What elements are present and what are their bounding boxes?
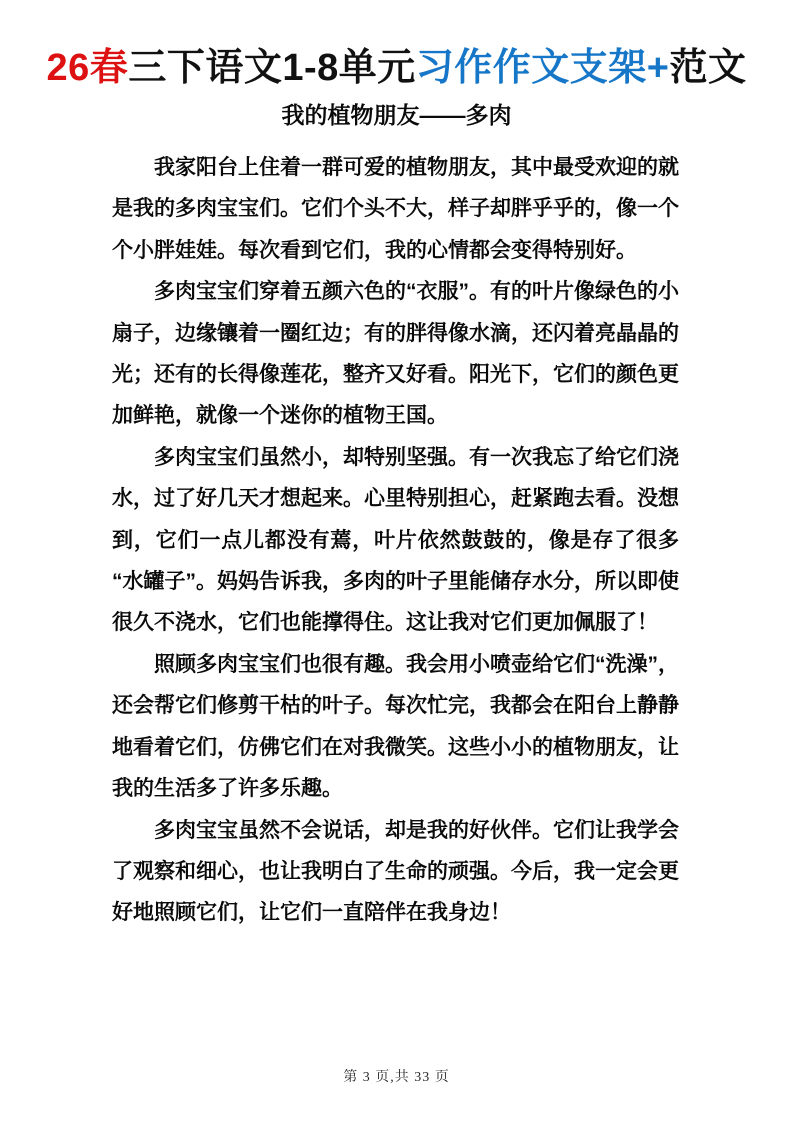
essay-paragraph-5: 多肉宝宝虽然不会说话，却是我的好伙伴。它们让我学会了观察和细心，也让我明白了生命…	[112, 810, 679, 934]
essay-paragraph-3: 多肉宝宝们虽然小，却特别坚强。有一次我忘了给它们浇水，过了好几天才想起来。心里特…	[112, 437, 679, 644]
essay-body: 我家阳台上住着一群可爱的植物朋友，其中最受欢迎的就是我的多肉宝宝们。它们个头不大…	[112, 147, 679, 934]
essay-title: 我的植物朋友——多肉	[0, 101, 793, 131]
title-segment-edition: 26春	[47, 47, 129, 89]
title-segment-type: 范文	[669, 47, 746, 89]
essay-paragraph-1: 我家阳台上住着一群可爱的植物朋友，其中最受欢迎的就是我的多肉宝宝们。它们个头不大…	[112, 147, 679, 271]
page-title: 26春三下语文1-8单元习作作文支架+范文	[0, 46, 793, 92]
page-number-footer: 第 3 页,共 33 页	[0, 1066, 793, 1086]
essay-paragraph-2: 多肉宝宝们穿着五颜六色的“衣服”。有的叶片像绿色的小扇子，边缘镶着一圈红边；有的…	[112, 271, 679, 437]
essay-paragraph-4: 照顾多肉宝宝们也很有趣。我会用小喷壶给它们“洗澡”，还会帮它们修剪干枯的叶子。每…	[112, 644, 679, 810]
title-segment-course: 三下语文1-8单元	[128, 47, 415, 89]
title-segment-topic: 习作作文支架+	[416, 47, 670, 89]
document-page: 26春三下语文1-8单元习作作文支架+范文 我的植物朋友——多肉 我家阳台上住着…	[0, 0, 793, 1122]
